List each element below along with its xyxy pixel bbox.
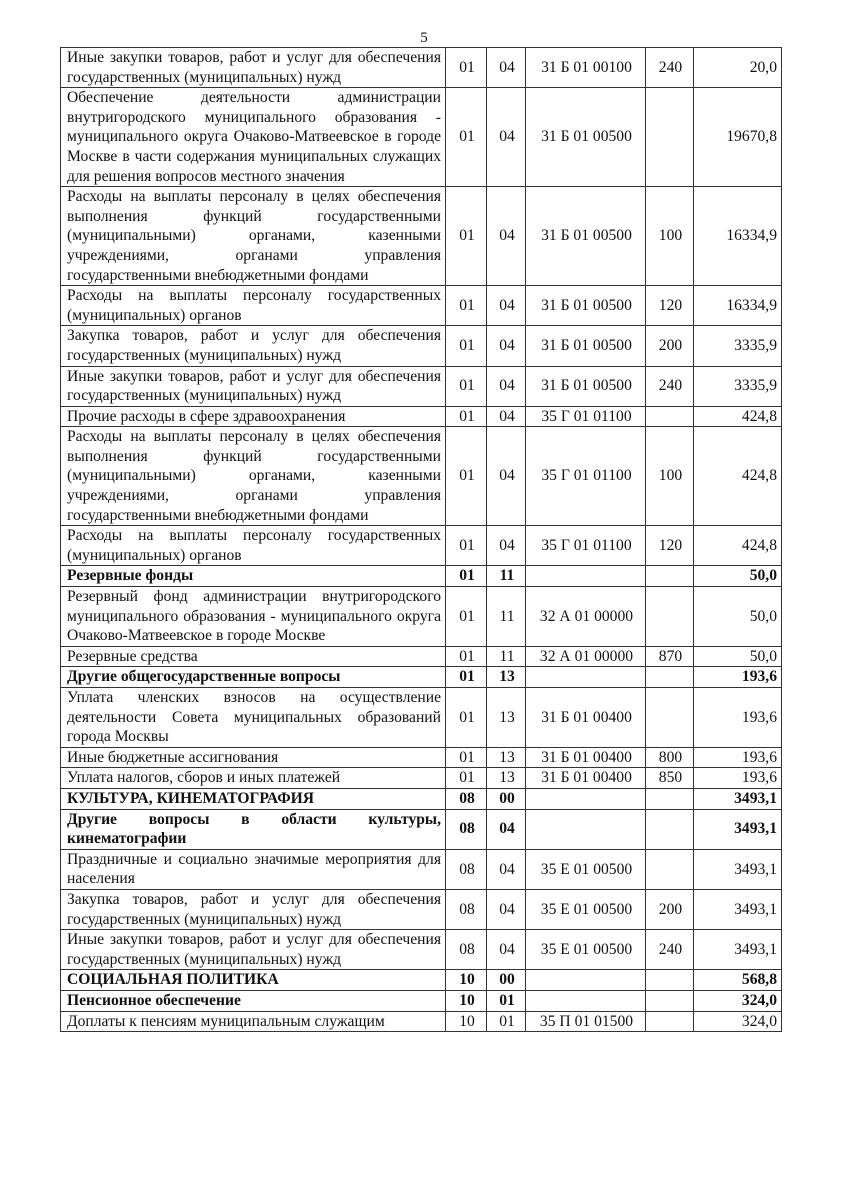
amount-cell: 20,0 (694, 48, 782, 88)
target-article-cell (526, 990, 646, 1011)
section-code-cell: 10 (446, 1011, 487, 1032)
row-name-cell: Иные бюджетные ассигнования (61, 747, 446, 768)
subsection-code-cell: 00 (487, 970, 526, 991)
expense-type-cell: 240 (646, 366, 694, 406)
table-row: Иные закупки товаров, работ и услуг для … (61, 48, 782, 88)
table-row: Иные бюджетные ассигнования011331 Б 01 0… (61, 747, 782, 768)
table-row: Расходы на выплаты персоналу государстве… (61, 526, 782, 566)
amount-cell: 3493,1 (694, 889, 782, 929)
amount-cell: 193,6 (694, 688, 782, 748)
amount-cell: 193,6 (694, 768, 782, 789)
target-article-cell (526, 667, 646, 688)
amount-cell: 193,6 (694, 667, 782, 688)
expense-type-cell: 120 (646, 286, 694, 326)
subsection-code-cell: 11 (487, 566, 526, 587)
target-article-cell: 31 Б 01 00500 (526, 88, 646, 187)
expense-type-cell: 120 (646, 526, 694, 566)
subsection-code-cell: 04 (487, 849, 526, 889)
amount-cell: 16334,9 (694, 286, 782, 326)
row-name-cell: Резервный фонд администрации внутригород… (61, 587, 446, 647)
expense-type-cell (646, 809, 694, 849)
section-code-cell: 01 (446, 587, 487, 647)
table-row: Иные закупки товаров, работ и услуг для … (61, 930, 782, 970)
expense-type-cell: 800 (646, 747, 694, 768)
section-code-cell: 01 (446, 566, 487, 587)
section-code-cell: 01 (446, 526, 487, 566)
expense-type-cell: 100 (646, 187, 694, 286)
table-row: СОЦИАЛЬНАЯ ПОЛИТИКА1000568,8 (61, 970, 782, 991)
amount-cell: 193,6 (694, 747, 782, 768)
table-row: Уплата налогов, сборов и иных платежей01… (61, 768, 782, 789)
amount-cell: 19670,8 (694, 88, 782, 187)
target-article-cell: 35 Г 01 01100 (526, 406, 646, 427)
expense-type-cell (646, 688, 694, 748)
row-name-cell: Закупка товаров, работ и услуг для обесп… (61, 889, 446, 929)
amount-cell: 568,8 (694, 970, 782, 991)
table-row: Резервные средства011132 А 01 0000087050… (61, 646, 782, 667)
section-code-cell: 08 (446, 788, 487, 809)
page-number: 5 (0, 30, 848, 46)
section-code-cell: 01 (446, 286, 487, 326)
target-article-cell: 32 А 01 00000 (526, 646, 646, 667)
subsection-code-cell: 11 (487, 646, 526, 667)
subsection-code-cell: 13 (487, 768, 526, 789)
target-article-cell: 35 Е 01 00500 (526, 849, 646, 889)
target-article-cell: 35 Г 01 01100 (526, 427, 646, 526)
target-article-cell (526, 970, 646, 991)
expense-type-cell (646, 406, 694, 427)
subsection-code-cell: 04 (487, 286, 526, 326)
table-row: Пенсионное обеспечение1001324,0 (61, 990, 782, 1011)
target-article-cell: 31 Б 01 00500 (526, 366, 646, 406)
target-article-cell: 31 Б 01 00100 (526, 48, 646, 88)
row-name-cell: Расходы на выплаты персоналу в целях обе… (61, 427, 446, 526)
target-article-cell: 31 Б 01 00400 (526, 747, 646, 768)
row-name-cell: Обеспечение деятельности администрации в… (61, 88, 446, 187)
subsection-code-cell: 04 (487, 427, 526, 526)
section-code-cell: 08 (446, 930, 487, 970)
row-name-cell: Пенсионное обеспечение (61, 990, 446, 1011)
expense-type-cell (646, 788, 694, 809)
target-article-cell: 35 Г 01 01100 (526, 526, 646, 566)
row-name-cell: Расходы на выплаты персоналу в целях обе… (61, 187, 446, 286)
amount-cell: 50,0 (694, 587, 782, 647)
expense-type-cell (646, 566, 694, 587)
row-name-cell: КУЛЬТУРА, КИНЕМАТОГРАФИЯ (61, 788, 446, 809)
row-name-cell: СОЦИАЛЬНАЯ ПОЛИТИКА (61, 970, 446, 991)
row-name-cell: Прочие расходы в сфере здравоохранения (61, 406, 446, 427)
budget-table: Иные закупки товаров, работ и услуг для … (60, 47, 782, 1032)
table-row: Праздничные и социально значимые меропри… (61, 849, 782, 889)
table-row: Другие общегосударственные вопросы011319… (61, 667, 782, 688)
subsection-code-cell: 13 (487, 688, 526, 748)
table-row: Уплата членских взносов на осуществление… (61, 688, 782, 748)
subsection-code-cell: 13 (487, 667, 526, 688)
amount-cell: 3335,9 (694, 326, 782, 366)
subsection-code-cell: 04 (487, 889, 526, 929)
expense-type-cell: 240 (646, 930, 694, 970)
row-name-cell: Доплаты к пенсиям муниципальным служащим (61, 1011, 446, 1032)
target-article-cell (526, 788, 646, 809)
section-code-cell: 01 (446, 427, 487, 526)
subsection-code-cell: 01 (487, 1011, 526, 1032)
subsection-code-cell: 04 (487, 326, 526, 366)
amount-cell: 324,0 (694, 1011, 782, 1032)
row-name-cell: Расходы на выплаты персоналу государстве… (61, 526, 446, 566)
table-row: Другие вопросы в области культуры, кинем… (61, 809, 782, 849)
subsection-code-cell: 04 (487, 88, 526, 187)
section-code-cell: 01 (446, 768, 487, 789)
row-name-cell: Уплата членских взносов на осуществление… (61, 688, 446, 748)
section-code-cell: 01 (446, 366, 487, 406)
table-row: Расходы на выплаты персоналу государстве… (61, 286, 782, 326)
amount-cell: 50,0 (694, 566, 782, 587)
amount-cell: 3493,1 (694, 788, 782, 809)
target-article-cell (526, 809, 646, 849)
row-name-cell: Резервные средства (61, 646, 446, 667)
row-name-cell: Другие вопросы в области культуры, кинем… (61, 809, 446, 849)
expense-type-cell: 870 (646, 646, 694, 667)
section-code-cell: 10 (446, 970, 487, 991)
subsection-code-cell: 00 (487, 788, 526, 809)
subsection-code-cell: 04 (487, 187, 526, 286)
table-row: Закупка товаров, работ и услуг для обесп… (61, 889, 782, 929)
target-article-cell: 35 Е 01 00500 (526, 889, 646, 929)
row-name-cell: Уплата налогов, сборов и иных платежей (61, 768, 446, 789)
amount-cell: 324,0 (694, 990, 782, 1011)
target-article-cell (526, 566, 646, 587)
table-row: Прочие расходы в сфере здравоохранения01… (61, 406, 782, 427)
table-row: Закупка товаров, работ и услуг для обесп… (61, 326, 782, 366)
expense-type-cell (646, 667, 694, 688)
subsection-code-cell: 04 (487, 930, 526, 970)
row-name-cell: Закупка товаров, работ и услуг для обесп… (61, 326, 446, 366)
section-code-cell: 01 (446, 667, 487, 688)
section-code-cell: 01 (446, 646, 487, 667)
subsection-code-cell: 04 (487, 406, 526, 427)
row-name-cell: Другие общегосударственные вопросы (61, 667, 446, 688)
row-name-cell: Расходы на выплаты персоналу государстве… (61, 286, 446, 326)
section-code-cell: 01 (446, 48, 487, 88)
expense-type-cell (646, 1011, 694, 1032)
table-row: Обеспечение деятельности администрации в… (61, 88, 782, 187)
target-article-cell: 31 Б 01 00500 (526, 187, 646, 286)
target-article-cell: 31 Б 01 00500 (526, 286, 646, 326)
expense-type-cell (646, 88, 694, 187)
table-row: Доплаты к пенсиям муниципальным служащим… (61, 1011, 782, 1032)
section-code-cell: 01 (446, 326, 487, 366)
subsection-code-cell: 01 (487, 990, 526, 1011)
table-row: Расходы на выплаты персоналу в целях обе… (61, 187, 782, 286)
table-row: Резервный фонд администрации внутригород… (61, 587, 782, 647)
subsection-code-cell: 04 (487, 48, 526, 88)
section-code-cell: 08 (446, 809, 487, 849)
amount-cell: 16334,9 (694, 187, 782, 286)
table-row: Резервные фонды011150,0 (61, 566, 782, 587)
target-article-cell: 31 Б 01 00400 (526, 768, 646, 789)
expense-type-cell (646, 587, 694, 647)
section-code-cell: 08 (446, 849, 487, 889)
target-article-cell: 31 Б 01 00500 (526, 326, 646, 366)
section-code-cell: 10 (446, 990, 487, 1011)
target-article-cell: 35 Е 01 00500 (526, 930, 646, 970)
amount-cell: 424,8 (694, 526, 782, 566)
row-name-cell: Иные закупки товаров, работ и услуг для … (61, 930, 446, 970)
amount-cell: 50,0 (694, 646, 782, 667)
table-row: Расходы на выплаты персоналу в целях обе… (61, 427, 782, 526)
amount-cell: 3335,9 (694, 366, 782, 406)
amount-cell: 3493,1 (694, 809, 782, 849)
expense-type-cell (646, 990, 694, 1011)
table-row: КУЛЬТУРА, КИНЕМАТОГРАФИЯ08003493,1 (61, 788, 782, 809)
target-article-cell: 35 П 01 01500 (526, 1011, 646, 1032)
row-name-cell: Иные закупки товаров, работ и услуг для … (61, 366, 446, 406)
subsection-code-cell: 04 (487, 366, 526, 406)
target-article-cell: 32 А 01 00000 (526, 587, 646, 647)
row-name-cell: Праздничные и социально значимые меропри… (61, 849, 446, 889)
expense-type-cell: 240 (646, 48, 694, 88)
table-row: Иные закупки товаров, работ и услуг для … (61, 366, 782, 406)
expense-type-cell: 200 (646, 326, 694, 366)
subsection-code-cell: 04 (487, 526, 526, 566)
row-name-cell: Иные закупки товаров, работ и услуг для … (61, 48, 446, 88)
subsection-code-cell: 04 (487, 809, 526, 849)
section-code-cell: 01 (446, 406, 487, 427)
amount-cell: 424,8 (694, 406, 782, 427)
row-name-cell: Резервные фонды (61, 566, 446, 587)
expense-type-cell (646, 849, 694, 889)
expense-type-cell: 200 (646, 889, 694, 929)
section-code-cell: 01 (446, 747, 487, 768)
amount-cell: 3493,1 (694, 930, 782, 970)
expense-type-cell: 100 (646, 427, 694, 526)
expense-type-cell (646, 970, 694, 991)
subsection-code-cell: 13 (487, 747, 526, 768)
subsection-code-cell: 11 (487, 587, 526, 647)
amount-cell: 424,8 (694, 427, 782, 526)
section-code-cell: 01 (446, 688, 487, 748)
section-code-cell: 08 (446, 889, 487, 929)
amount-cell: 3493,1 (694, 849, 782, 889)
section-code-cell: 01 (446, 187, 487, 286)
expense-type-cell: 850 (646, 768, 694, 789)
section-code-cell: 01 (446, 88, 487, 187)
target-article-cell: 31 Б 01 00400 (526, 688, 646, 748)
